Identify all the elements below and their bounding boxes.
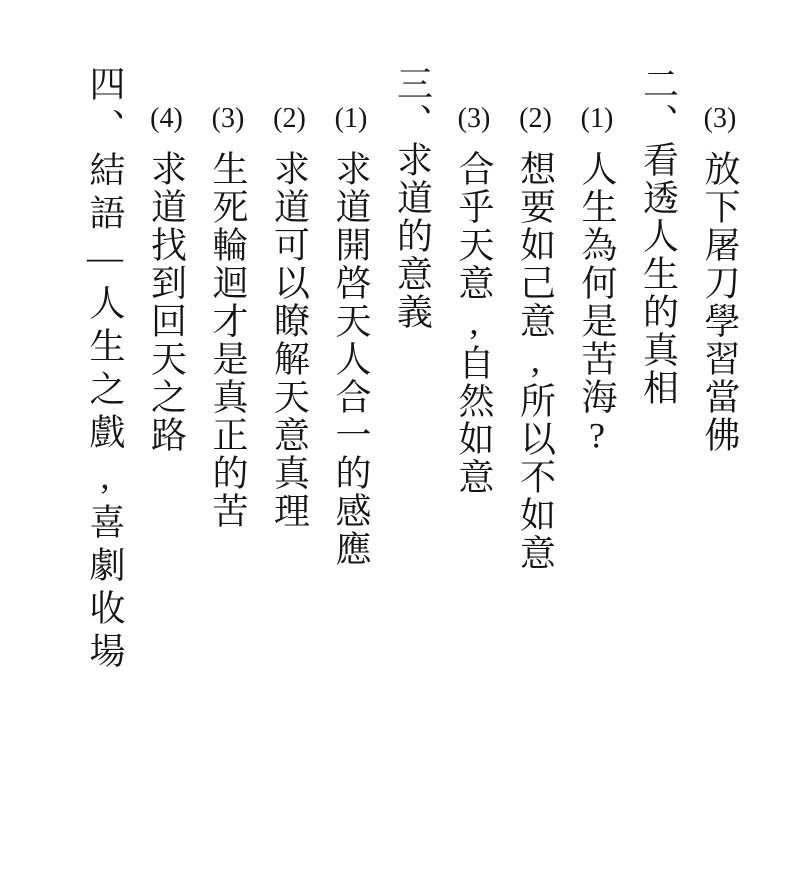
- outline-item: (1)求道開啓天人合一的感應: [331, 102, 371, 845]
- item-text: 求道可以瞭解天意真理: [270, 150, 310, 530]
- item-text: 合乎天意,自然如意: [454, 150, 494, 496]
- outline-item: (1)人生為何是苦海?: [577, 102, 617, 845]
- item-text: 放下屠刀學習當佛: [700, 150, 740, 454]
- item-marker: (1): [577, 102, 617, 136]
- item-text: 求道開啓天人合一的感應: [331, 150, 371, 568]
- outline-item: (4)求道找到回天之路: [147, 102, 187, 845]
- item-marker: (1): [331, 102, 371, 136]
- outline: (3)放下屠刀學習當佛二、看透人生的真相(1)人生為何是苦海?(2)想要如己意,…: [85, 65, 740, 845]
- item-marker: (3): [208, 102, 248, 136]
- outline-item: (2)想要如己意,所以不如意: [516, 102, 556, 845]
- outline-item: (2)求道可以瞭解天意真理: [270, 102, 310, 845]
- item-marker: (3): [700, 102, 740, 136]
- outline-section-heading: 四、結語—人生之戲,喜劇收場: [85, 65, 125, 845]
- item-text: 想要如己意,所以不如意: [516, 150, 556, 572]
- outline-item: (3)放下屠刀學習當佛: [700, 102, 740, 845]
- document-page: (3)放下屠刀學習當佛二、看透人生的真相(1)人生為何是苦海?(2)想要如己意,…: [0, 0, 800, 882]
- section-text: 二、看透人生的真相: [639, 65, 679, 407]
- item-text: 人生為何是苦海?: [577, 150, 617, 458]
- outline-section-heading: 二、看透人生的真相: [639, 65, 679, 845]
- outline-section-heading: 三、求道的意義: [393, 65, 433, 845]
- item-marker: (4): [147, 102, 187, 136]
- item-marker: (3): [454, 102, 494, 136]
- item-marker: (2): [270, 102, 310, 136]
- item-text: 生死輪迴才是真正的苦: [208, 150, 248, 530]
- outline-item: (3)合乎天意,自然如意: [454, 102, 494, 845]
- section-text: 四、結語—人生之戲,喜劇收場: [85, 65, 125, 675]
- outline-item: (3)生死輪迴才是真正的苦: [208, 102, 248, 845]
- item-text: 求道找到回天之路: [147, 150, 187, 454]
- section-text: 三、求道的意義: [393, 65, 433, 331]
- item-marker: (2): [516, 102, 556, 136]
